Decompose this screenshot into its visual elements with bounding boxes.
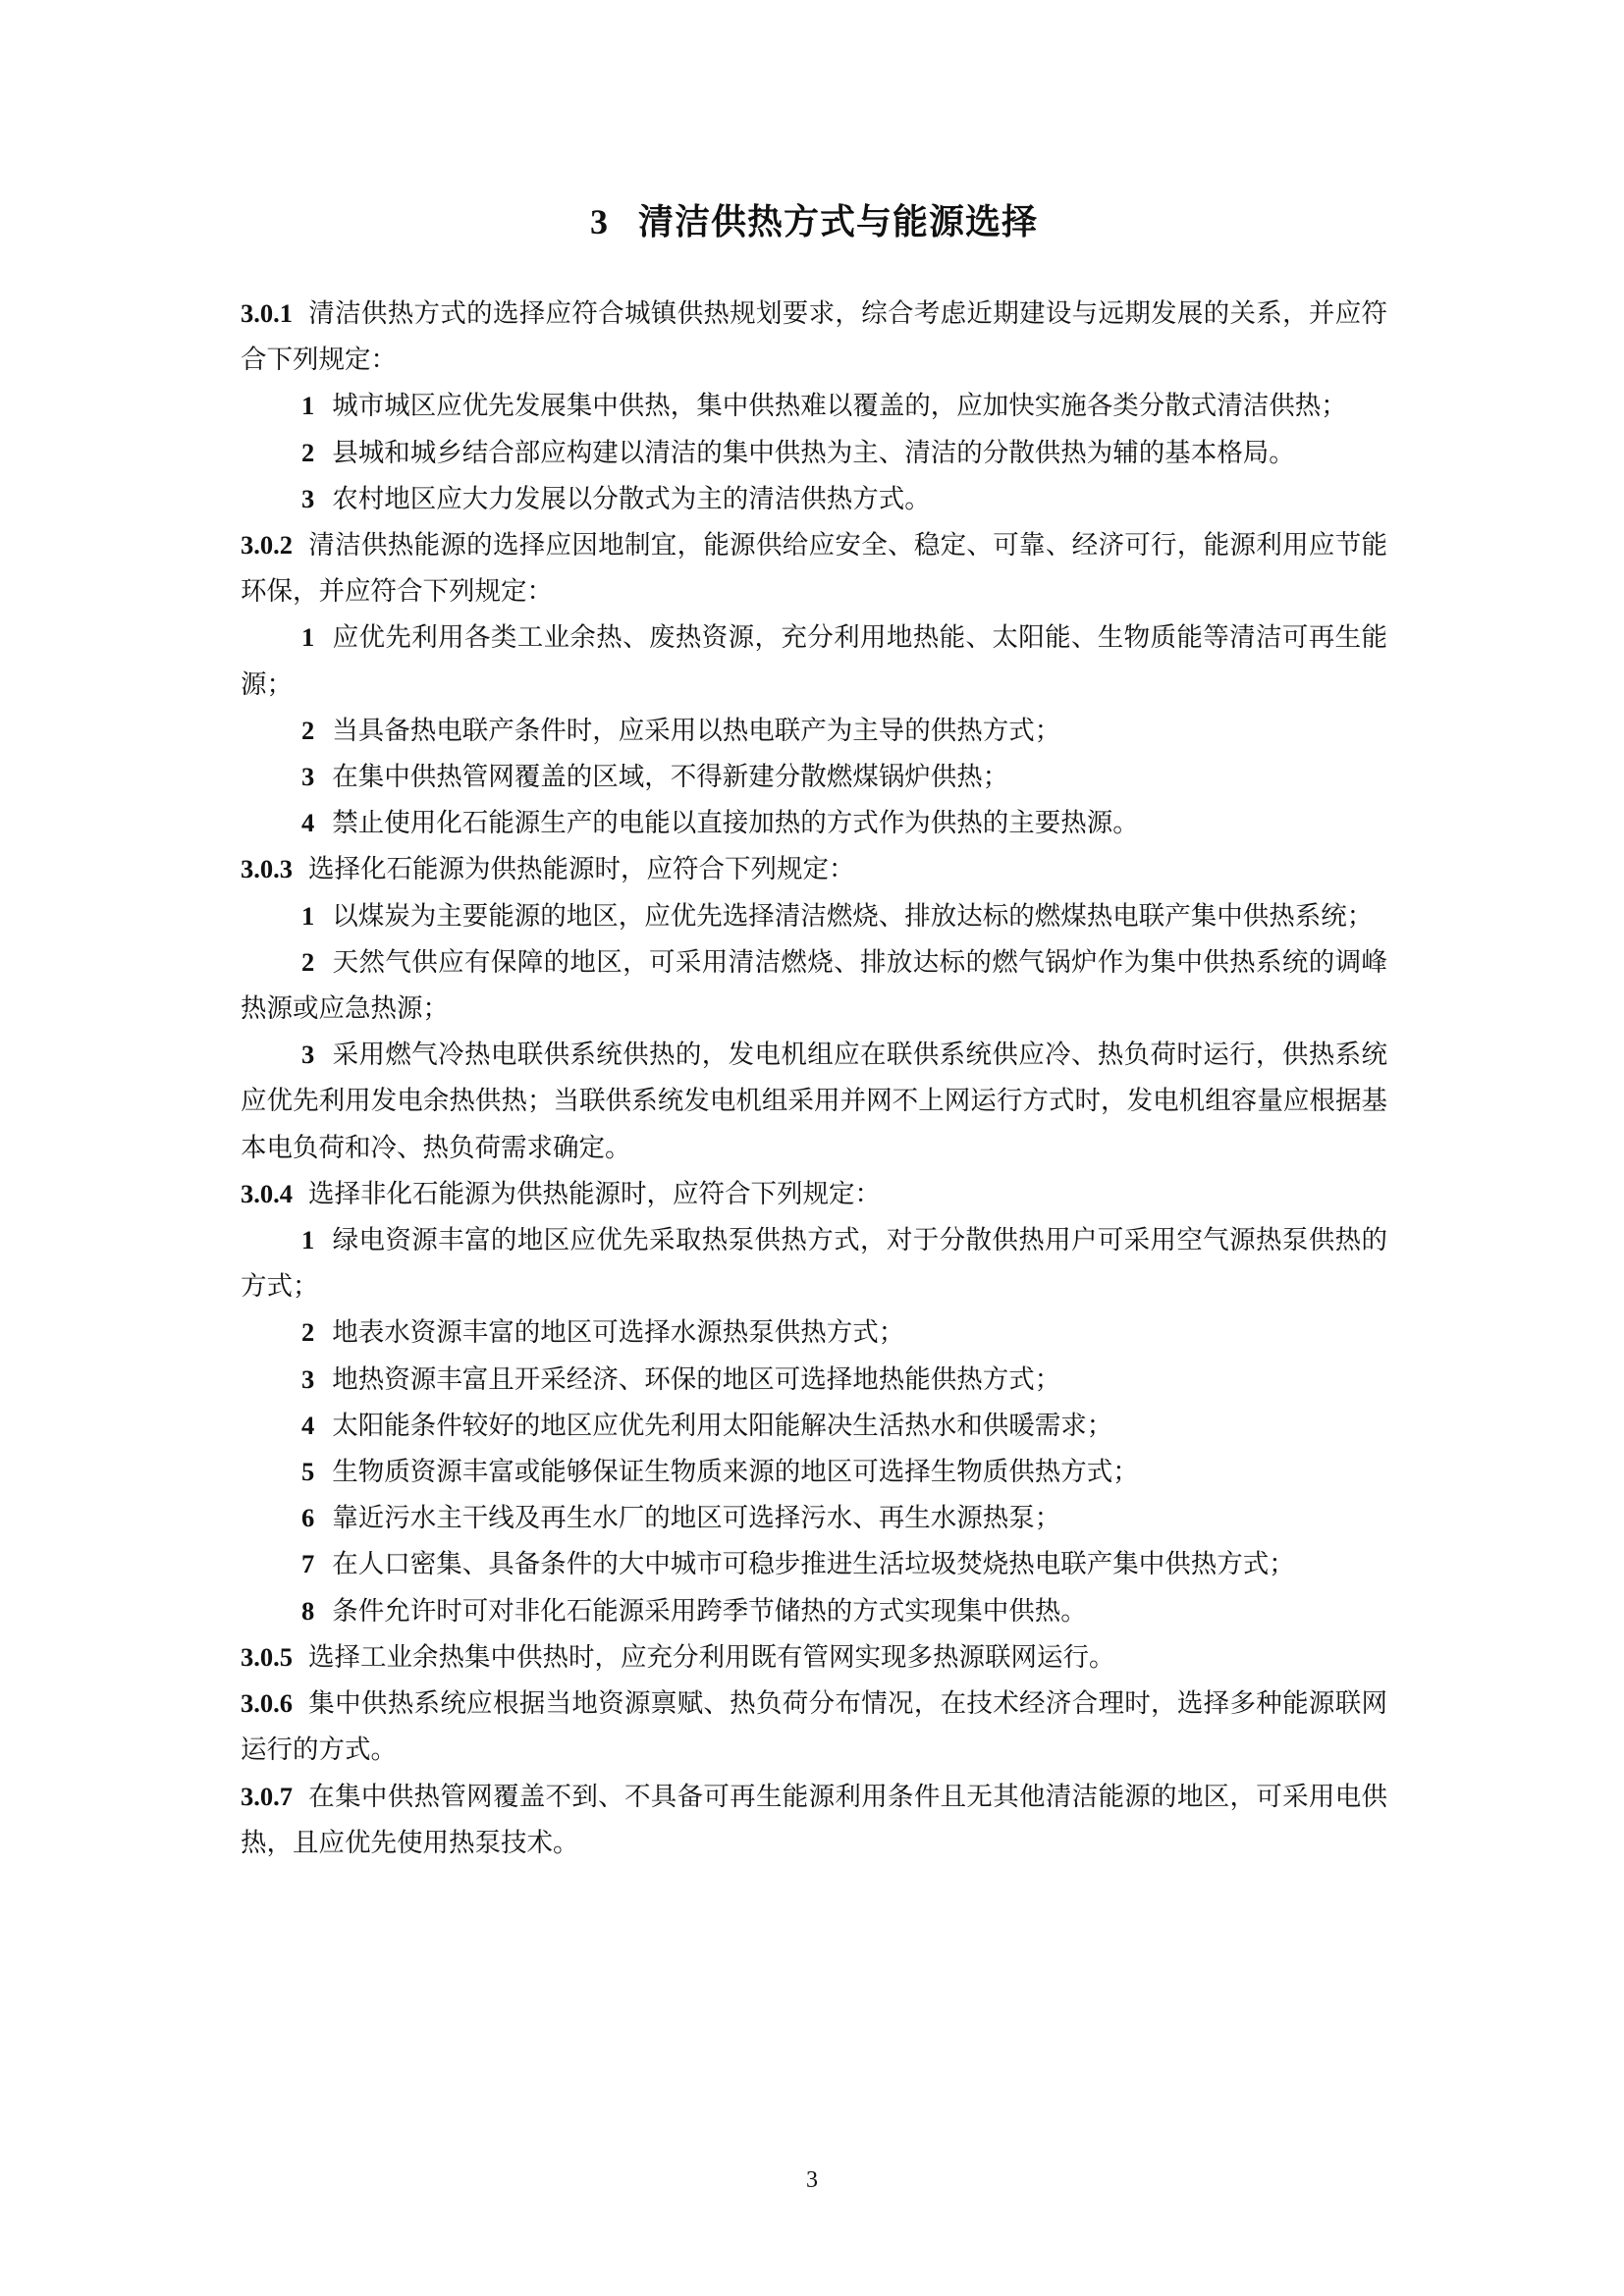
item-number: 5: [301, 1457, 314, 1486]
clause-text: 选择工业余热集中供热时，应充分利用既有管网实现多热源联网运行。: [308, 1642, 1115, 1673]
item-number: 3: [301, 1364, 314, 1394]
item-number: 8: [301, 1596, 314, 1626]
item-text: 县城和城乡结合部应构建以清洁的集中供热为主、清洁的分散供热为辅的基本格局。: [332, 438, 1295, 468]
clause-number: 3.0.2: [241, 530, 293, 560]
item-number: 1: [301, 901, 314, 931]
item-text: 靠近污水主干线及再生水厂的地区可选择污水、再生水源热泵；: [332, 1503, 1060, 1533]
item-number: 2: [301, 947, 314, 977]
clause-3-0-5: 3.0.5选择工业余热集中供热时，应充分利用既有管网实现多热源联网运行。: [241, 1634, 1387, 1681]
list-item: 1以煤炭为主要能源的地区，应优先选择清洁燃烧、排放达标的燃煤热电联产集中供热系统…: [241, 893, 1387, 939]
list-item: 2当具备热电联产条件时，应采用以热电联产为主导的供热方式；: [241, 708, 1387, 754]
list-item: 7在人口密集、具备条件的大中城市可稳步推进生活垃圾焚烧热电联产集中供热方式；: [241, 1541, 1387, 1587]
clause-3-0-4: 3.0.4选择非化石能源为供热能源时，应符合下列规定：: [241, 1171, 1387, 1217]
clause-3-0-6: 3.0.6集中供热系统应根据当地资源禀赋、热负荷分布情况，在技术经济合理时，选择…: [241, 1681, 1387, 1773]
item-text: 以煤炭为主要能源的地区，应优先选择清洁燃烧、排放达标的燃煤热电联产集中供热系统；: [332, 901, 1373, 932]
clause-text: 集中供热系统应根据当地资源禀赋、热负荷分布情况，在技术经济合理时，选择多种能源联…: [241, 1688, 1387, 1765]
list-item: 8条件允许时可对非化石能源采用跨季节储热的方式实现集中供热。: [241, 1588, 1387, 1634]
item-number: 1: [301, 622, 314, 652]
item-text: 当具备热电联产条件时，应采用以热电联产为主导的供热方式；: [332, 716, 1060, 746]
item-text: 生物质资源丰富或能够保证生物质来源的地区可选择生物质供热方式；: [332, 1457, 1139, 1487]
clause-text: 清洁供热方式的选择应符合城镇供热规划要求，综合考虑近期建设与远期发展的关系，并应…: [241, 298, 1387, 375]
item-text: 地表水资源丰富的地区可选择水源热泵供热方式；: [332, 1317, 904, 1348]
item-text: 地热资源丰富且开采经济、环保的地区可选择地热能供热方式；: [332, 1364, 1060, 1395]
clause-3-0-3: 3.0.3选择化石能源为供热能源时，应符合下列规定：: [241, 846, 1387, 892]
item-number: 1: [301, 391, 314, 420]
item-number: 2: [301, 1317, 314, 1347]
item-text: 在人口密集、具备条件的大中城市可稳步推进生活垃圾焚烧热电联产集中供热方式；: [332, 1549, 1295, 1579]
item-text: 采用燃气冷热电联供系统供热的，发电机组应在联供系统供应冷、热负荷时运行，供热系统…: [241, 1040, 1387, 1162]
item-text: 天然气供应有保障的地区，可采用清洁燃烧、排放达标的燃气锅炉作为集中供热系统的调峰…: [241, 947, 1387, 1024]
item-number: 3: [301, 1040, 314, 1069]
clause-text: 选择非化石能源为供热能源时，应符合下列规定：: [308, 1179, 881, 1209]
list-item: 3在集中供热管网覆盖的区域，不得新建分散燃煤锅炉供热；: [241, 754, 1387, 800]
list-item: 3采用燃气冷热电联供系统供热的，发电机组应在联供系统供应冷、热负荷时运行，供热系…: [241, 1032, 1387, 1171]
item-text: 禁止使用化石能源生产的电能以直接加热的方式作为供热的主要热源。: [332, 808, 1139, 838]
item-text: 条件允许时可对非化石能源采用跨季节储热的方式实现集中供热。: [332, 1596, 1087, 1627]
chapter-title: 3清洁供热方式与能源选择: [241, 194, 1387, 244]
clause-number: 3.0.4: [241, 1179, 293, 1208]
item-text: 农村地区应大力发展以分散式为主的清洁供热方式。: [332, 484, 931, 514]
chapter-title-text: 清洁供热方式与能源选择: [638, 202, 1038, 242]
list-item: 3地热资源丰富且开采经济、环保的地区可选择地热能供热方式；: [241, 1357, 1387, 1403]
list-item: 6靠近污水主干线及再生水厂的地区可选择污水、再生水源热泵；: [241, 1495, 1387, 1541]
item-text: 应优先利用各类工业余热、废热资源，充分利用地热能、太阳能、生物质能等清洁可再生能…: [241, 622, 1387, 699]
item-number: 7: [301, 1549, 314, 1578]
clause-number: 3.0.1: [241, 298, 293, 328]
chapter-number: 3: [590, 202, 609, 241]
item-text: 太阳能条件较好的地区应优先利用太阳能解决生活热水和供暖需求；: [332, 1411, 1112, 1441]
clause-number: 3.0.7: [241, 1782, 293, 1811]
list-item: 2地表水资源丰富的地区可选择水源热泵供热方式；: [241, 1309, 1387, 1356]
clause-3-0-1: 3.0.1清洁供热方式的选择应符合城镇供热规划要求，综合考虑近期建设与远期发展的…: [241, 291, 1387, 383]
item-number: 2: [301, 438, 314, 467]
item-number: 3: [301, 484, 314, 513]
list-item: 2县城和城乡结合部应构建以清洁的集中供热为主、清洁的分散供热为辅的基本格局。: [241, 430, 1387, 476]
item-number: 1: [301, 1225, 314, 1255]
list-item: 4禁止使用化石能源生产的电能以直接加热的方式作为供热的主要热源。: [241, 800, 1387, 846]
document-body: 3.0.1清洁供热方式的选择应符合城镇供热规划要求，综合考虑近期建设与远期发展的…: [241, 291, 1387, 1866]
clause-3-0-7: 3.0.7在集中供热管网覆盖不到、不具备可再生能源利用条件且无其他清洁能源的地区…: [241, 1774, 1387, 1866]
clause-text: 选择化石能源为供热能源时，应符合下列规定：: [308, 854, 855, 884]
clause-text: 在集中供热管网覆盖不到、不具备可再生能源利用条件且无其他清洁能源的地区，可采用电…: [241, 1782, 1387, 1858]
page-number: 3: [0, 2167, 1624, 2194]
clause-text: 清洁供热能源的选择应因地制宜，能源供给应安全、稳定、可靠、经济可行，能源利用应节…: [241, 530, 1387, 607]
list-item: 1绿电资源丰富的地区应优先采取热泵供热方式，对于分散供热用户可采用空气源热泵供热…: [241, 1217, 1387, 1309]
clause-number: 3.0.6: [241, 1688, 293, 1718]
clause-number: 3.0.3: [241, 854, 293, 883]
item-number: 2: [301, 716, 314, 745]
item-text: 城市城区应优先发展集中供热，集中供热难以覆盖的，应加快实施各类分散式清洁供热；: [332, 391, 1347, 421]
clause-3-0-2: 3.0.2清洁供热能源的选择应因地制宜，能源供给应安全、稳定、可靠、经济可行，能…: [241, 522, 1387, 614]
item-number: 4: [301, 1411, 314, 1440]
list-item: 5生物质资源丰富或能够保证生物质来源的地区可选择生物质供热方式；: [241, 1449, 1387, 1495]
list-item: 3农村地区应大力发展以分散式为主的清洁供热方式。: [241, 476, 1387, 522]
item-text: 在集中供热管网覆盖的区域，不得新建分散燃煤锅炉供热；: [332, 762, 1008, 792]
clause-number: 3.0.5: [241, 1642, 293, 1672]
list-item: 2天然气供应有保障的地区，可采用清洁燃烧、排放达标的燃气锅炉作为集中供热系统的调…: [241, 939, 1387, 1032]
list-item: 1应优先利用各类工业余热、废热资源，充分利用地热能、太阳能、生物质能等清洁可再生…: [241, 614, 1387, 707]
item-text: 绿电资源丰富的地区应优先采取热泵供热方式，对于分散供热用户可采用空气源热泵供热的…: [241, 1225, 1387, 1302]
list-item: 4太阳能条件较好的地区应优先利用太阳能解决生活热水和供暖需求；: [241, 1403, 1387, 1449]
item-number: 6: [301, 1503, 314, 1532]
list-item: 1城市城区应优先发展集中供热，集中供热难以覆盖的，应加快实施各类分散式清洁供热；: [241, 383, 1387, 429]
item-number: 4: [301, 808, 314, 837]
item-number: 3: [301, 762, 314, 791]
